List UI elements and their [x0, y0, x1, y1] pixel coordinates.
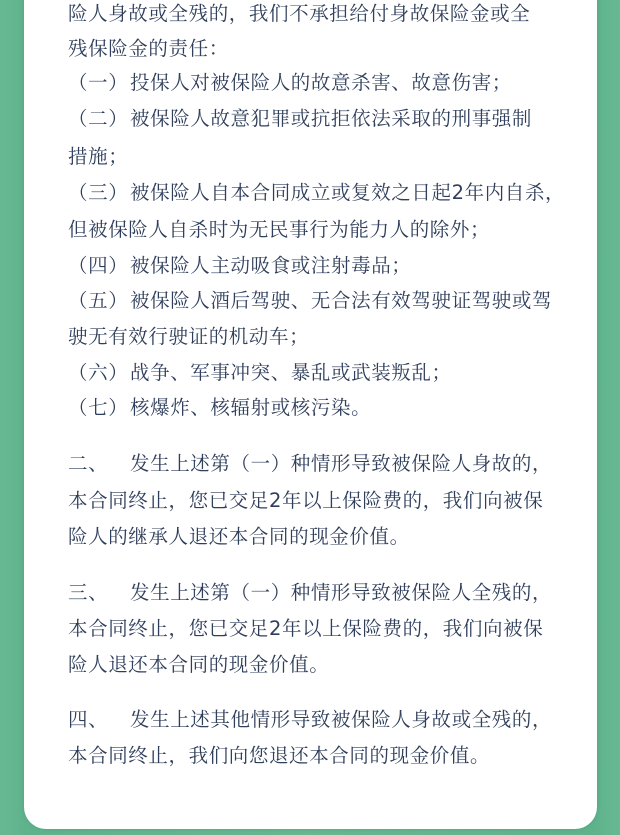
clause-item: 二、发生上述第（一）种情形导致被保险人身故的，: [68, 449, 552, 479]
exclusion-item: （一）投保人对被保险人的故意杀害、故意伤害；: [68, 68, 512, 98]
item-number: （六）: [68, 358, 130, 388]
exclusion-item: （四）被保险人主动吸食或注射毒品；: [68, 251, 411, 281]
item-text: 战争、军事冲突、暴乱或武装叛乱；: [130, 361, 452, 384]
item-number: （四）: [68, 251, 130, 281]
clause-text: 发生上述第（一）种情形导致被保险人全残的，: [130, 581, 552, 604]
clause-text: 发生上述第（一）种情形导致被保险人身故的，: [130, 452, 552, 475]
item-text: 被保险人自本合同成立或复效之日起2年内自杀，: [130, 181, 565, 204]
item-text: 被保险人酒后驾驶、无合法有效驾驶证驾驶或驾: [130, 289, 552, 312]
exclusion-item: （七）核爆炸、核辐射或核污染。: [68, 393, 371, 423]
clause-item: 三、发生上述第（一）种情形导致被保险人全残的，: [68, 578, 552, 608]
clause-number: 三、: [68, 578, 130, 608]
item-number: （三）: [68, 178, 130, 208]
clause-text: 发生上述其他情形导致被保险人身故或全残的，: [130, 708, 552, 731]
item-number: （五）: [68, 286, 130, 316]
exclusion-item: （三）被保险人自本合同成立或复效之日起2年内自杀，: [68, 178, 565, 208]
clause-continuation: 险人的继承人退还本合同的现金价值。: [68, 522, 410, 552]
item-text: 核爆炸、核辐射或核污染。: [130, 396, 371, 419]
exclusion-item-continuation: 驶无有效行驶证的机动车；: [68, 322, 309, 352]
exclusion-item: （五）被保险人酒后驾驶、无合法有效驾驶证驾驶或驾: [68, 286, 552, 316]
item-text: 被保险人主动吸食或注射毒品；: [130, 254, 411, 277]
item-number: （二）: [68, 104, 130, 134]
item-text: 被保险人故意犯罪或抗拒依法采取的刑事强制: [130, 107, 532, 130]
clause-item: 四、发生上述其他情形导致被保险人身故或全残的，: [68, 705, 552, 735]
item-number: （一）: [68, 68, 130, 98]
exclusion-item: （六）战争、军事冲突、暴乱或武装叛乱；: [68, 358, 452, 388]
intro-line: 残保险金的责任：: [68, 34, 229, 64]
exclusion-item-continuation: 但被保险人自杀时为无民事行为能力人的除外；: [68, 215, 490, 245]
clause-continuation: 险人退还本合同的现金价值。: [68, 650, 329, 680]
exclusion-item-continuation: 措施；: [68, 142, 128, 172]
intro-line: 险人身故或全残的，我们不承担给付身故保险金或全: [68, 0, 530, 29]
item-number: （七）: [68, 393, 130, 423]
clause-continuation: 本合同终止，您已交足2年以上保险费的，我们向被保: [68, 614, 543, 644]
clause-continuation: 本合同终止，我们向您退还本合同的现金价值。: [68, 741, 490, 771]
clause-number: 二、: [68, 449, 130, 479]
item-text: 投保人对被保险人的故意杀害、故意伤害；: [130, 71, 512, 94]
exclusion-item: （二）被保险人故意犯罪或抗拒依法采取的刑事强制: [68, 104, 532, 134]
clause-number: 四、: [68, 705, 130, 735]
clause-continuation: 本合同终止，您已交足2年以上保险费的，我们向被保: [68, 486, 543, 516]
